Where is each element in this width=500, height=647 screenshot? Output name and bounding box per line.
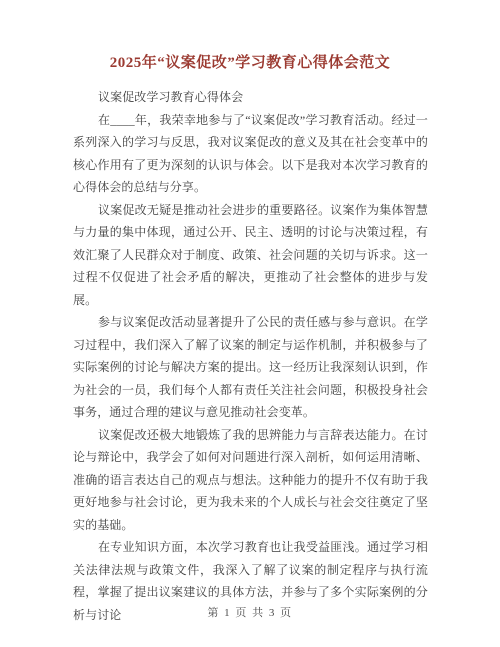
paragraph-expression-skills: 议案促改还极大地锻炼了我的思辨能力与言辞表达能力。在讨论与辩论中，我学会了如何对… — [73, 424, 428, 537]
document-page: 2025年“议案促改”学习教育心得体会范文 议案促改学习教育心得体会 在____… — [0, 0, 500, 647]
document-subtitle-line: 议案促改学习教育心得体会 — [73, 86, 428, 109]
paragraph-intro: 在____年，我荣幸地参与了“议案促改”学习教育活动。经过一系列深入的学习与反思… — [73, 109, 428, 199]
page-number-footer: 第 1 页 共 3 页 — [0, 604, 500, 620]
document-body: 议案促改学习教育心得体会 在____年，我荣幸地参与了“议案促改”学习教育活动。… — [0, 73, 500, 626]
document-title: 2025年“议案促改”学习教育心得体会范文 — [0, 0, 500, 73]
paragraph-responsibility: 参与议案促改活动显著提升了公民的责任感与参与意识。在学习过程中，我们深入了解了议… — [73, 311, 428, 424]
paragraph-social-progress: 议案促改无疑是推动社会进步的重要路径。议案作为集体智慧与力量的集中体现，通过公开… — [73, 199, 428, 312]
